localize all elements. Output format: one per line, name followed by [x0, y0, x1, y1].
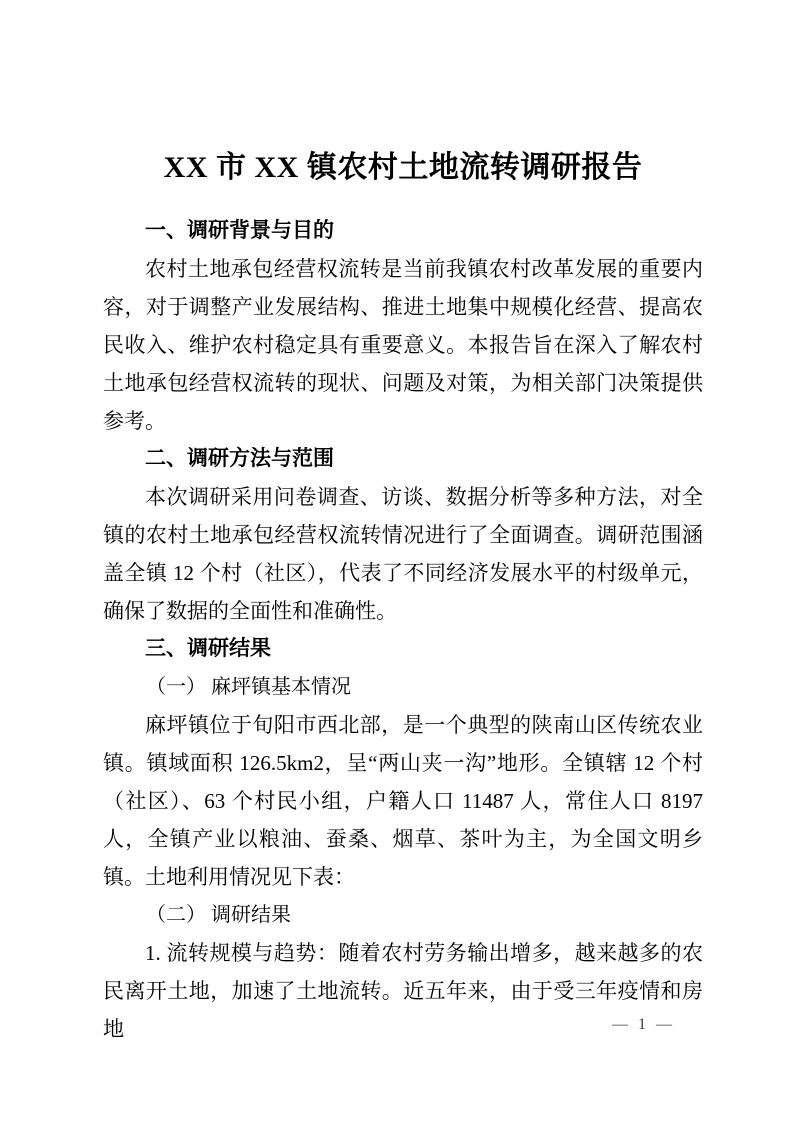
paragraph-survey-background: 农村土地承包经营权流转是当前我镇农村改革发展的重要内容，对于调整产业发展结构、推…: [103, 250, 703, 440]
document-page: XX 市 XX 镇农村土地流转调研报告 一、调研背景与目的 农村土地承包经营权流…: [0, 0, 793, 1122]
heading-survey-methods: 二、调研方法与范围: [103, 440, 703, 478]
page-number: — 1 —: [612, 1014, 675, 1036]
document-title: XX 市 XX 镇农村土地流转调研报告: [103, 146, 703, 190]
subheading-town-overview: （一） 麻坪镇基本情况: [103, 668, 703, 706]
heading-survey-results: 三、调研结果: [103, 630, 703, 668]
heading-survey-background: 一、调研背景与目的: [103, 212, 703, 250]
paragraph-town-overview: 麻坪镇位于旬阳市西北部，是一个典型的陕南山区传统农业镇。镇域面积 126.5km…: [103, 706, 703, 896]
subheading-survey-findings: （二） 调研结果: [103, 896, 703, 934]
paragraph-survey-methods: 本次调研采用问卷调查、访谈、数据分析等多种方法，对全镇的农村土地承包经营权流转情…: [103, 478, 703, 630]
document-content: XX 市 XX 镇农村土地流转调研报告 一、调研背景与目的 农村土地承包经营权流…: [103, 146, 703, 1048]
